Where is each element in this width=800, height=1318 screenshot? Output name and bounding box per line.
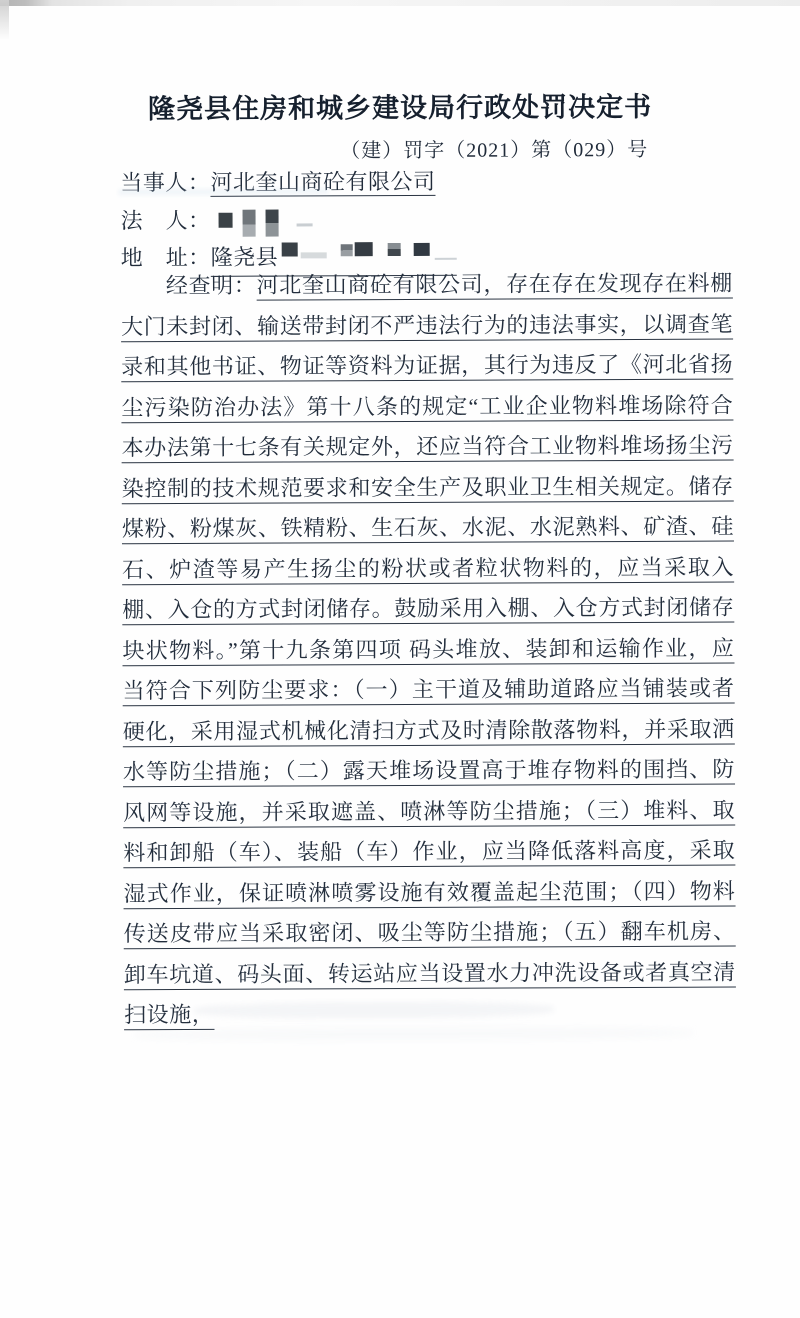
redaction-block bbox=[340, 244, 352, 256]
redaction-block bbox=[413, 243, 429, 256]
field-party: 当事人：河北奎山商砼有限公司 bbox=[120, 165, 435, 197]
redaction-mark bbox=[434, 258, 456, 260]
field-party-value: 河北奎山商砼有限公司 bbox=[210, 169, 435, 195]
body-finding-underlined: 河北奎山商砼有限公司，存在存在发现存在料棚大门未封闭、输送带封闭不严违法行为的违… bbox=[121, 271, 736, 1028]
body-paragraph: 经查明：河北奎山商砼有限公司，存在存在发现存在料棚大门未封闭、输送带封闭不严违法… bbox=[121, 264, 736, 1036]
field-legal-rep-label: 法 人： bbox=[121, 208, 211, 233]
redaction-block bbox=[387, 243, 400, 256]
redaction-block bbox=[243, 210, 256, 237]
redaction-mark bbox=[297, 223, 313, 226]
redaction-mark bbox=[300, 252, 326, 258]
redaction-block bbox=[266, 210, 279, 237]
document-number: （建）罚字（2021）第（029）号 bbox=[340, 133, 648, 163]
redaction-block bbox=[219, 213, 233, 228]
field-party-label: 当事人： bbox=[120, 170, 210, 195]
document-title: 隆尧县住房和城乡建设局行政处罚决定书 bbox=[0, 84, 800, 126]
field-legal-rep: 法 人： bbox=[120, 203, 312, 237]
document-content: 隆尧县住房和城乡建设局行政处罚决定书 （建）罚字（2021）第（029）号 当事… bbox=[0, 0, 800, 1318]
legal-rep-redaction bbox=[211, 208, 313, 236]
scanned-document-page: 隆尧县住房和城乡建设局行政处罚决定书 （建）罚字（2021）第（029）号 当事… bbox=[0, 0, 800, 1318]
body-lead: 经查明： bbox=[166, 273, 257, 298]
redaction-block bbox=[354, 242, 372, 256]
redaction-block bbox=[281, 242, 297, 256]
